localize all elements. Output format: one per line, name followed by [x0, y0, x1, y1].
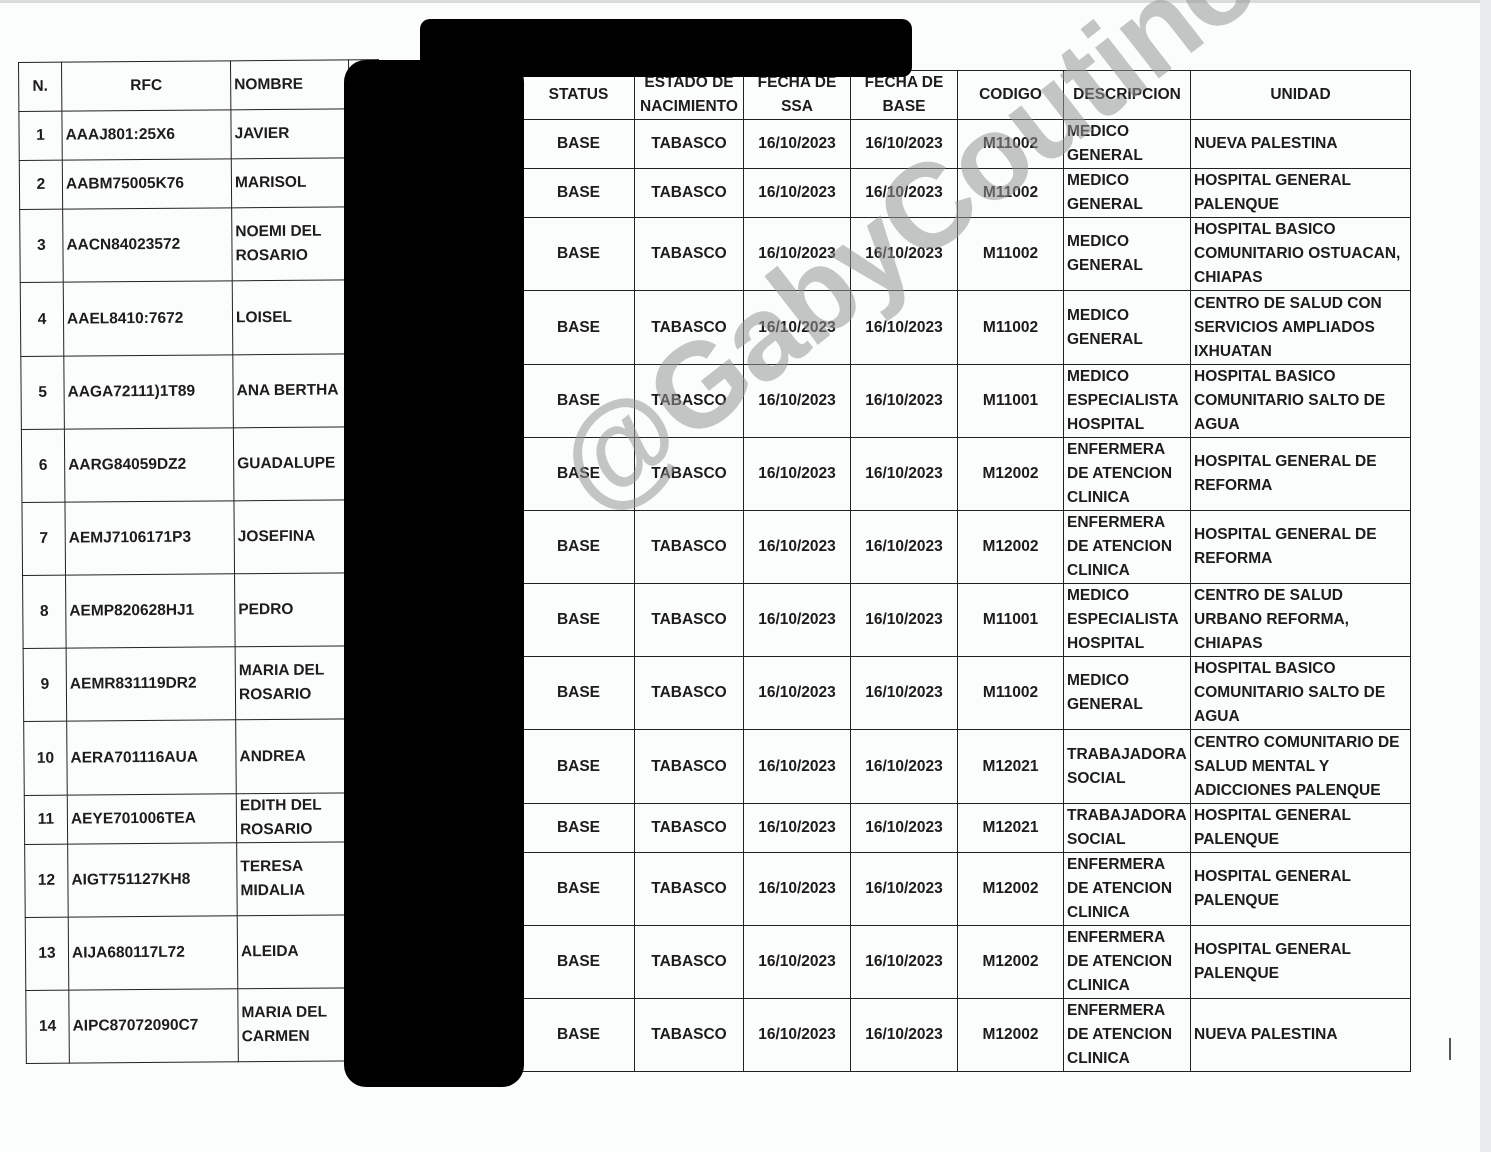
descripcion-cell: ENFERMERA DE ATENCION CLINICA [1064, 999, 1191, 1072]
status-cell: BASE [523, 169, 635, 218]
estado-cell: TABASCO [635, 804, 744, 853]
rfc-cell: AACN84023572 [63, 208, 233, 282]
header-n: N. [19, 62, 62, 111]
row-number: 3 [20, 209, 64, 282]
nombre-cell: JOSEFINA [234, 500, 353, 574]
rfc-cell: AIPC87072090C7 [69, 989, 239, 1063]
unidad-cell: HOSPITAL GENERAL PALENQUE [1191, 169, 1411, 218]
rfc-cell: AERA701116AUA [67, 720, 237, 795]
fecha-base-cell: 16/10/2023 [851, 218, 958, 291]
row-number: 4 [20, 282, 64, 356]
row-number: 14 [26, 990, 70, 1063]
fecha-ssa-cell: 16/10/2023 [744, 169, 851, 218]
header-fecha-ssa: FECHA DE SSA [744, 71, 851, 120]
descripcion-cell: TRABAJADORA SOCIAL [1064, 730, 1191, 804]
table-row: BASETABASCO16/10/202316/10/2023M11002MED… [523, 218, 1411, 291]
unidad-cell: HOSPITAL BASICO COMUNITARIO SALTO DE AGU… [1191, 657, 1411, 730]
rfc-cell: AABM75005K76 [62, 159, 231, 209]
fecha-ssa-cell: 16/10/2023 [744, 926, 851, 999]
row-number: 2 [19, 160, 62, 209]
descripcion-cell: ENFERMERA DE ATENCION CLINICA [1064, 438, 1191, 511]
row-number: 8 [23, 575, 67, 648]
codigo-cell: M12021 [958, 730, 1064, 804]
row-number: 10 [24, 721, 68, 795]
nombre-cell: MARISOL [231, 158, 349, 208]
nombre-cell: PEDRO [235, 573, 354, 647]
table-row: 4AAEL8410:7672LOISEL [20, 280, 381, 357]
nombre-cell: NOEMI DEL ROSARIO [232, 207, 351, 281]
fecha-ssa-cell: 16/10/2023 [744, 218, 851, 291]
codigo-cell: M12021 [958, 804, 1064, 853]
codigo-cell: M11001 [958, 584, 1064, 657]
table-row: BASETABASCO16/10/202316/10/2023M12002ENF… [523, 511, 1411, 584]
codigo-cell: M12002 [958, 438, 1064, 511]
unidad-cell: HOSPITAL GENERAL PALENQUE [1191, 926, 1411, 999]
status-cell: BASE [523, 365, 635, 438]
table-row: BASETABASCO16/10/202316/10/2023M12002ENF… [523, 926, 1411, 999]
nombre-cell: JAVIER [231, 109, 349, 159]
status-cell: BASE [523, 657, 635, 730]
fecha-ssa-cell: 16/10/2023 [744, 999, 851, 1072]
row-number: 12 [25, 844, 69, 917]
codigo-cell: M11002 [958, 120, 1064, 169]
estado-cell: TABASCO [635, 365, 744, 438]
fecha-ssa-cell: 16/10/2023 [744, 804, 851, 853]
rfc-cell: AEMP820628HJ1 [66, 574, 236, 648]
codigo-cell: M12002 [958, 511, 1064, 584]
rfc-cell: AEMR831119DR2 [66, 647, 236, 721]
rfc-cell: AAAJ801:25X6 [62, 110, 231, 160]
rfc-cell: AEMJ7106171P3 [65, 501, 235, 575]
descripcion-cell: MEDICO ESPECIALISTA HOSPITAL [1064, 584, 1191, 657]
rfc-cell: AAGA72111)1T89 [64, 355, 234, 429]
table-row: BASETABASCO16/10/202316/10/2023M11002MED… [523, 169, 1411, 218]
row-number: 6 [21, 429, 65, 502]
codigo-cell: M11002 [958, 218, 1064, 291]
descripcion-cell: MEDICO GENERAL [1064, 218, 1191, 291]
nombre-cell: ANDREA [236, 719, 355, 794]
estado-cell: TABASCO [635, 584, 744, 657]
codigo-cell: M11002 [958, 291, 1064, 365]
nombre-cell: ANA BERTHA [233, 354, 352, 428]
table-row: BASETABASCO16/10/202316/10/2023M12021TRA… [523, 730, 1411, 804]
header-estado-nacimiento: ESTADO DE NACIMIENTO [635, 71, 744, 120]
descripcion-cell: MEDICO GENERAL [1064, 169, 1191, 218]
unidad-cell: CENTRO DE SALUD URBANO REFORMA, CHIAPAS [1191, 584, 1411, 657]
unidad-cell: NUEVA PALESTINA [1191, 120, 1411, 169]
status-cell: BASE [523, 511, 635, 584]
table-row: BASETABASCO16/10/202316/10/2023M12002ENF… [523, 853, 1411, 926]
fecha-base-cell: 16/10/2023 [851, 169, 958, 218]
table-row: 3AACN84023572NOEMI DEL ROSARIO [20, 207, 381, 283]
status-cell: BASE [523, 584, 635, 657]
status-cell: BASE [523, 730, 635, 804]
fecha-ssa-cell: 16/10/2023 [744, 438, 851, 511]
fecha-base-cell: 16/10/2023 [851, 926, 958, 999]
unidad-cell: HOSPITAL BASICO COMUNITARIO SALTO DE AGU… [1191, 365, 1411, 438]
fecha-base-cell: 16/10/2023 [851, 584, 958, 657]
fecha-ssa-cell: 16/10/2023 [744, 291, 851, 365]
status-cell: BASE [523, 218, 635, 291]
table-row: 2AABM75005K76MARISOL [19, 158, 379, 210]
status-cell: BASE [523, 853, 635, 926]
unidad-cell: CENTRO DE SALUD CON SERVICIOS AMPLIADOS … [1191, 291, 1411, 365]
rfc-cell: AAEL8410:7672 [63, 281, 233, 356]
row-number: 1 [19, 111, 62, 160]
scan-artifact [1449, 1038, 1451, 1060]
table-row: BASETABASCO16/10/202316/10/2023M11002MED… [523, 120, 1411, 169]
status-cell: BASE [523, 804, 635, 853]
table-row: 1AAAJ801:25X6JAVIER [19, 109, 379, 161]
fecha-base-cell: 16/10/2023 [851, 853, 958, 926]
table-row: 5AAGA72111)1T89ANA BERTHA [21, 354, 382, 430]
fecha-base-cell: 16/10/2023 [851, 365, 958, 438]
table-row: 12AIGT751127KH8TERESA MIDALIAA [25, 842, 386, 918]
table-row: 9AEMR831119DR2MARIA DEL ROSARIOA M [23, 646, 384, 722]
fecha-ssa-cell: 16/10/2023 [744, 657, 851, 730]
row-number: 11 [24, 795, 67, 844]
table-row: 7AEMJ7106171P3JOSEFINAA [22, 500, 383, 576]
estado-cell: TABASCO [635, 169, 744, 218]
table-row: BASETABASCO16/10/202316/10/2023M11002MED… [523, 657, 1411, 730]
status-cell: BASE [523, 120, 635, 169]
row-number: 9 [23, 648, 67, 721]
estado-cell: TABASCO [635, 291, 744, 365]
header-codigo: CODIGO [958, 71, 1064, 120]
estado-cell: TABASCO [635, 511, 744, 584]
unidad-cell: HOSPITAL GENERAL PALENQUE [1191, 804, 1411, 853]
unidad-cell: CENTRO COMUNITARIO DE SALUD MENTAL Y ADI… [1191, 730, 1411, 804]
redaction-block-surnames [344, 60, 524, 1087]
nombre-cell: MARIA DEL CARMEN [238, 988, 357, 1062]
header-fecha-base: FECHA DE BASE [851, 71, 958, 120]
status-cell: BASE [523, 999, 635, 1072]
table-row: 8AEMP820628HJ1PEDROA [23, 573, 384, 649]
unidad-cell: HOSPITAL GENERAL DE REFORMA [1191, 438, 1411, 511]
unidad-cell: HOSPITAL GENERAL PALENQUE [1191, 853, 1411, 926]
estado-cell: TABASCO [635, 926, 744, 999]
fecha-ssa-cell: 16/10/2023 [744, 511, 851, 584]
nombre-cell: TERESA MIDALIA [237, 842, 356, 916]
rfc-cell: AEYE701006TEA [67, 794, 236, 844]
table-row: BASETABASCO16/10/202316/10/2023M11002MED… [523, 291, 1411, 365]
fecha-base-cell: 16/10/2023 [851, 999, 958, 1072]
table-row: BASETABASCO16/10/202316/10/2023M11001MED… [523, 365, 1411, 438]
nombre-cell: GUADALUPE [233, 427, 352, 501]
table-row: BASETABASCO16/10/202316/10/2023M12021TRA… [523, 804, 1411, 853]
header-row: STATUS ESTADO DE NACIMIENTO FECHA DE SSA… [523, 71, 1411, 120]
header-descripcion: DESCRIPCION [1064, 71, 1191, 120]
rfc-cell: AIJA680117L72 [68, 916, 238, 990]
nombre-cell: EDITH DEL ROSARIO [236, 793, 354, 843]
employee-table-left: N. RFC NOMBRE 1AAAJ801:25X6JAVIER2AABM75… [18, 59, 387, 1064]
estado-cell: TABASCO [635, 438, 744, 511]
fecha-base-cell: 16/10/2023 [851, 291, 958, 365]
header-row: N. RFC NOMBRE [19, 60, 379, 112]
codigo-cell: M11002 [958, 657, 1064, 730]
table-row: BASETABASCO16/10/202316/10/2023M11001MED… [523, 584, 1411, 657]
estado-cell: TABASCO [635, 730, 744, 804]
estado-cell: TABASCO [635, 120, 744, 169]
status-cell: BASE [523, 291, 635, 365]
fecha-ssa-cell: 16/10/2023 [744, 365, 851, 438]
fecha-base-cell: 16/10/2023 [851, 657, 958, 730]
employee-table-right: STATUS ESTADO DE NACIMIENTO FECHA DE SSA… [522, 70, 1411, 1072]
status-cell: BASE [523, 926, 635, 999]
rfc-cell: AARG84059DZ2 [64, 428, 234, 502]
nombre-cell: MARIA DEL ROSARIO [235, 646, 354, 720]
descripcion-cell: MEDICO GENERAL [1064, 291, 1191, 365]
fecha-base-cell: 16/10/2023 [851, 804, 958, 853]
unidad-cell: HOSPITAL BASICO COMUNITARIO OSTUACAN, CH… [1191, 218, 1411, 291]
nombre-cell: ALEIDA [237, 915, 356, 989]
estado-cell: TABASCO [635, 657, 744, 730]
codigo-cell: M11002 [958, 169, 1064, 218]
fecha-base-cell: 16/10/2023 [851, 511, 958, 584]
codigo-cell: M12002 [958, 999, 1064, 1072]
descripcion-cell: MEDICO ESPECIALISTA HOSPITAL [1064, 365, 1191, 438]
descripcion-cell: ENFERMERA DE ATENCION CLINICA [1064, 926, 1191, 999]
descripcion-cell: MEDICO GENERAL [1064, 120, 1191, 169]
descripcion-cell: ENFERMERA DE ATENCION CLINICA [1064, 511, 1191, 584]
rfc-cell: AIGT751127KH8 [68, 843, 238, 917]
table-row: 6AARG84059DZ2GUADALUPE [21, 427, 382, 503]
codigo-cell: M11001 [958, 365, 1064, 438]
fecha-ssa-cell: 16/10/2023 [744, 120, 851, 169]
unidad-cell: NUEVA PALESTINA [1191, 999, 1411, 1072]
estado-cell: TABASCO [635, 999, 744, 1072]
codigo-cell: M12002 [958, 926, 1064, 999]
table-row: 11AEYE701006TEAEDITH DEL ROSARIOA [24, 793, 384, 845]
fecha-ssa-cell: 16/10/2023 [744, 584, 851, 657]
row-number: 7 [22, 502, 66, 575]
table-row: 10AERA701116AUAANDREAA [24, 719, 385, 796]
status-cell: BASE [523, 438, 635, 511]
header-rfc: RFC [62, 61, 231, 111]
descripcion-cell: MEDICO GENERAL [1064, 657, 1191, 730]
header-nombre: NOMBRE [230, 60, 348, 110]
header-unidad: UNIDAD [1191, 71, 1411, 120]
row-number: 5 [21, 356, 65, 429]
scan-edge [1480, 0, 1491, 1152]
descripcion-cell: TRABAJADORA SOCIAL [1064, 804, 1191, 853]
table-row: BASETABASCO16/10/202316/10/2023M12002ENF… [523, 999, 1411, 1072]
estado-cell: TABASCO [635, 218, 744, 291]
table-row: 14AIPC87072090C7MARIA DEL CARMENAI [26, 988, 387, 1064]
estado-cell: TABASCO [635, 853, 744, 926]
row-number: 13 [25, 917, 69, 990]
descripcion-cell: ENFERMERA DE ATENCION CLINICA [1064, 853, 1191, 926]
nombre-cell: LOISEL [232, 280, 351, 355]
unidad-cell: HOSPITAL GENERAL DE REFORMA [1191, 511, 1411, 584]
fecha-base-cell: 16/10/2023 [851, 438, 958, 511]
header-status: STATUS [523, 71, 635, 120]
table-row: BASETABASCO16/10/202316/10/2023M12002ENF… [523, 438, 1411, 511]
fecha-base-cell: 16/10/2023 [851, 730, 958, 804]
codigo-cell: M12002 [958, 853, 1064, 926]
table-row: 13AIJA680117L72ALEIDAA [25, 915, 386, 991]
fecha-ssa-cell: 16/10/2023 [744, 730, 851, 804]
fecha-ssa-cell: 16/10/2023 [744, 853, 851, 926]
fecha-base-cell: 16/10/2023 [851, 120, 958, 169]
